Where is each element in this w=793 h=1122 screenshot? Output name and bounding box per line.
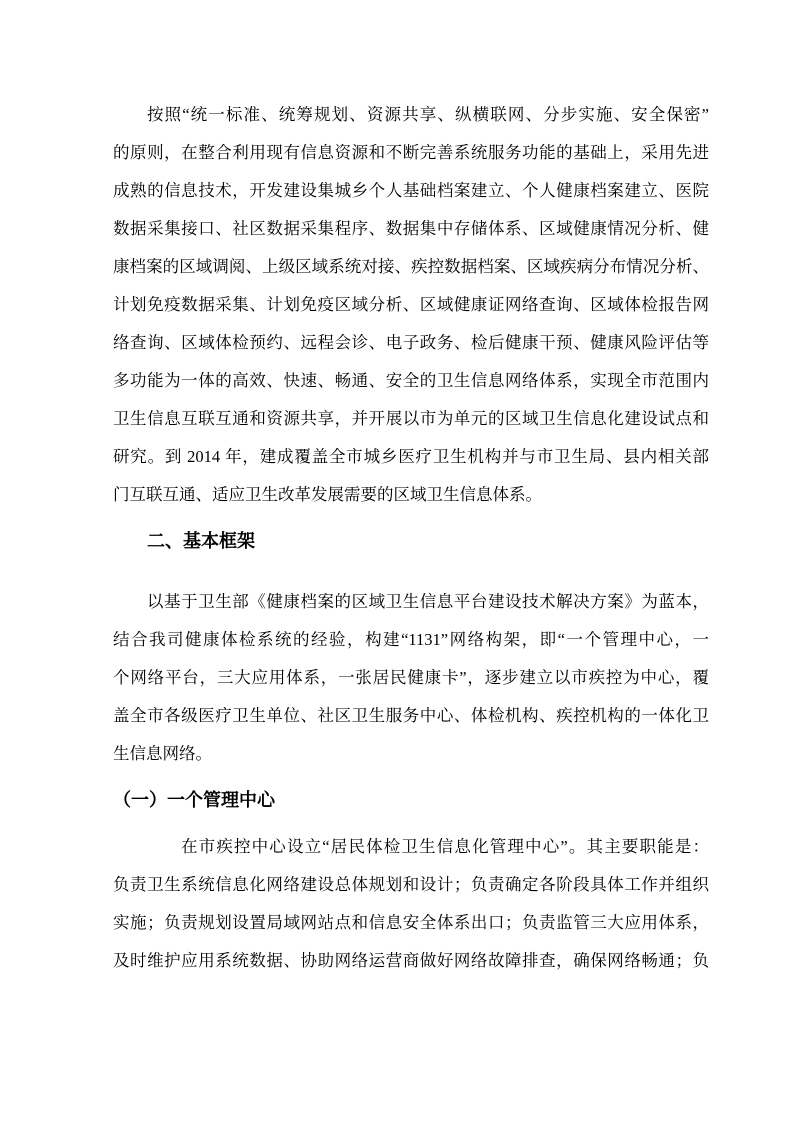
subsection-heading-management-center: （一）一个管理中心	[113, 781, 709, 819]
text-line: 生信息网络。	[113, 735, 709, 773]
text-line: 结合我司健康体检系统的经验，构建“1131”网络构架，即“一个管理中心，一	[113, 621, 709, 659]
section-heading-basic-framework: 二、基本框架	[113, 522, 709, 560]
text-line: 数据采集接口、社区数据采集程序、数据集中存储体系、区域健康情况分析、健	[113, 210, 709, 248]
text-line: 盖全市各级医疗卫生单位、社区卫生服务中心、体检机构、疾控机构的一体化卫	[113, 697, 709, 735]
text-line: 成熟的信息技术，开发建设集城乡个人基础档案建立、个人健康档案建立、医院	[113, 172, 709, 210]
text-line: 多功能为一体的高效、快速、畅通、安全的卫生信息网络体系，实现全市范围内	[113, 362, 709, 400]
document-page: 按照“统一标准、统筹规划、资源共享、纵横联网、分步实施、安全保密”的原则，在整合…	[0, 0, 793, 1122]
text-line: 门互联互通、适应卫生改革发展需要的区域卫生信息体系。	[113, 476, 709, 514]
paragraph-overview: 按照“统一标准、统筹规划、资源共享、纵横联网、分步实施、安全保密”的原则，在整合…	[113, 96, 709, 514]
text-line: 及时维护应用系统数据、协助网络运营商做好网络故障排查，确保网络畅通；负	[113, 942, 709, 980]
text-line: 计划免疫数据采集、计划免疫区域分析、区域健康证网络查询、区域体检报告网	[113, 286, 709, 324]
text-line: 个网络平台，三大应用体系，一张居民健康卡”，逐步建立以市疾控为中心，覆	[113, 659, 709, 697]
paragraph-framework: 以基于卫生部《健康档案的区域卫生信息平台建设技术解决方案》为蓝本，结合我司健康体…	[113, 583, 709, 773]
text-line: 的原则，在整合利用现有信息资源和不断完善系统服务功能的基础上，采用先进	[113, 134, 709, 172]
text-line: 卫生信息互联互通和资源共享，并开展以市为单元的区域卫生信息化建设试点和	[113, 400, 709, 438]
text-line: 以基于卫生部《健康档案的区域卫生信息平台建设技术解决方案》为蓝本，	[113, 583, 709, 621]
text-line: 实施；负责规划设置局域网站点和信息安全体系出口；负责监管三大应用体系，	[113, 904, 709, 942]
text-line: 络查询、区域体检预约、远程会诊、电子政务、检后健康干预、健康风险评估等	[113, 324, 709, 362]
text-line: 康档案的区域调阅、上级区域系统对接、疾控数据档案、区域疾病分布情况分析、	[113, 248, 709, 286]
paragraph-management-center: 在市疾控中心设立“居民体检卫生信息化管理中心”。其主要职能是：负责卫生系统信息化…	[113, 828, 709, 980]
text-line: 在市疾控中心设立“居民体检卫生信息化管理中心”。其主要职能是：	[113, 828, 709, 866]
text-line: 负责卫生系统信息化网络建设总体规划和设计；负责确定各阶段具体工作并组织	[113, 866, 709, 904]
text-line: 研究。到 2014 年，建成覆盖全市城乡医疗卫生机构并与市卫生局、县内相关部	[113, 438, 709, 476]
text-line: 按照“统一标准、统筹规划、资源共享、纵横联网、分步实施、安全保密”	[113, 96, 709, 134]
